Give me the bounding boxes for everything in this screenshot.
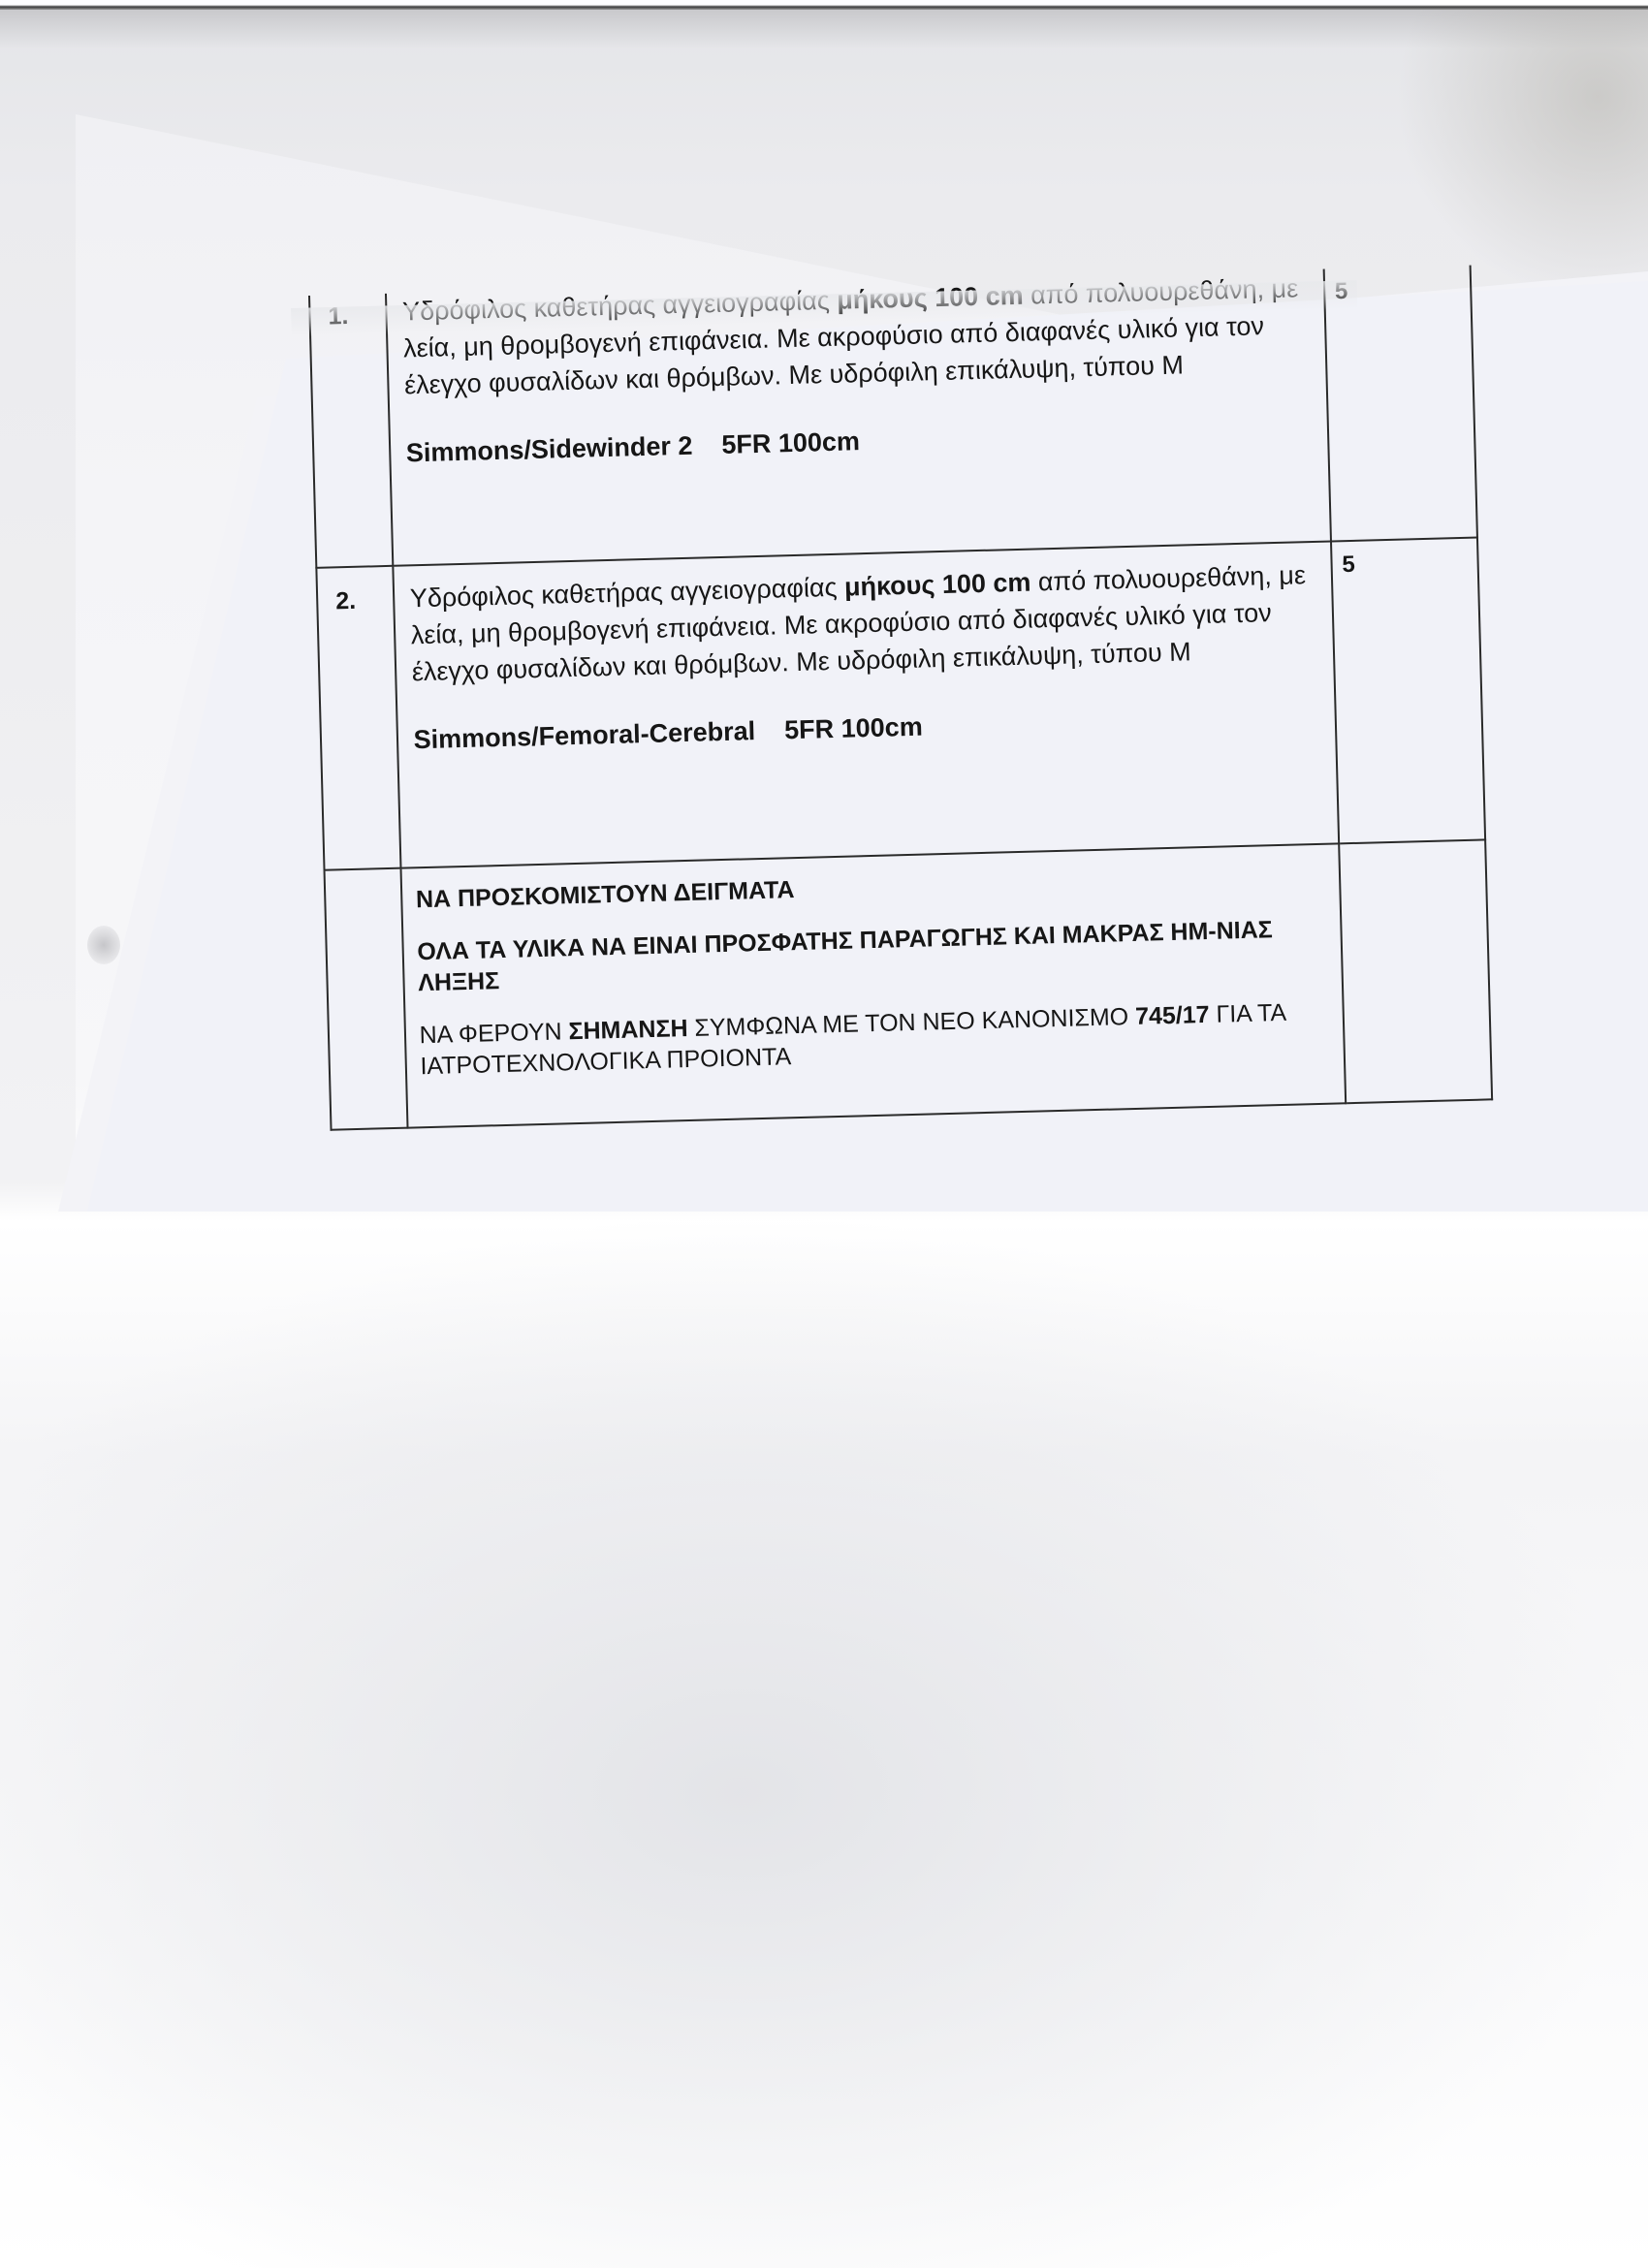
item-number: 2.	[316, 566, 400, 870]
items-table: 1. Υδρόφιλος καθετήρας αγγειογραφίας μήκ…	[308, 266, 1493, 1131]
notes-cell: ΝΑ ΠΡΟΣΚΟΜΙΣΤΟΥΝ ΔΕΙΓΜΑΤΑ ΟΛΑ ΤΑ ΥΛΙΚΑ Ν…	[400, 843, 1346, 1127]
note-labeling-bold: ΣΗΜΑΝΣΗ	[568, 1015, 688, 1045]
item-quantity: 5	[1331, 538, 1485, 844]
scanner-smudge	[1396, 10, 1648, 300]
notes-empty-quantity-cell	[1339, 839, 1492, 1103]
note-samples: ΝΑ ΠΡΟΣΚΟΜΙΣΤΟΥΝ ΔΕΙΓΜΑΤΑ	[416, 861, 1326, 916]
item-description: Υδρόφιλος καθετήρας αγγειογραφίας μήκους…	[402, 269, 1311, 403]
note-labeling-middle: ΣΥΜΦΩΝΑ ΜΕ ΤΟΝ ΝΕΟ ΚΑΝΟΝΙΣΜΟ	[687, 1003, 1135, 1042]
item-description: Υδρόφιλος καθετήρας αγγειογραφίας μήκους…	[409, 556, 1317, 690]
item-quantity: 5	[1323, 266, 1477, 542]
item-description-cell: Υδρόφιλος καθετήρας αγγειογραφίας μήκους…	[386, 269, 1331, 566]
table-row: 2. Υδρόφιλος καθετήρας αγγειογραφίας μήκ…	[316, 538, 1485, 870]
table-row: 1. Υδρόφιλος καθετήρας αγγειογραφίας μήκ…	[309, 266, 1477, 568]
description-length-bold: μήκους 100 cm	[837, 281, 1024, 315]
note-labeling: ΝΑ ΦΕΡΟΥΝ ΣΗΜΑΝΣΗ ΣΥΜΦΩΝΑ ΜΕ ΤΟΝ ΝΕΟ ΚΑΝ…	[419, 996, 1329, 1083]
scanner-lid-edge	[0, 0, 1648, 10]
paper-dent	[87, 926, 120, 964]
item-product: Simmons/Sidewinder 2 5FR 100cm	[405, 411, 1312, 471]
item-description-cell: Υδρόφιλος καθετήρας αγγειογραφίας μήκους…	[393, 541, 1339, 867]
description-text: Υδρόφιλος καθετήρας αγγειογραφίας	[402, 286, 838, 327]
note-freshness: ΟΛΑ ΤΑ ΥΛΙΚΑ ΝΑ ΕΙΝΑΙ ΠΡΟΣΦΑΤΗΣ ΠΑΡΑΓΩΓΗ…	[417, 913, 1327, 999]
document-table-wrapper: 1. Υδρόφιλος καθετήρας αγγειογραφίας μήκ…	[308, 266, 1493, 1131]
note-labeling-prefix: ΝΑ ΦΕΡΟΥΝ	[419, 1018, 569, 1049]
item-product: Simmons/Femoral-Cerebral 5FR 100cm	[413, 698, 1319, 758]
notes-empty-number-cell	[325, 868, 408, 1130]
description-length-bold: μήκους 100 cm	[844, 568, 1031, 602]
item-number: 1.	[309, 294, 393, 568]
scanner-lower-shadow	[0, 1212, 1648, 2268]
notes-row: ΝΑ ΠΡΟΣΚΟΜΙΣΤΟΥΝ ΔΕΙΓΜΑΤΑ ΟΛΑ ΤΑ ΥΛΙΚΑ Ν…	[325, 839, 1493, 1129]
description-text: Υδρόφιλος καθετήρας αγγειογραφίας	[409, 573, 844, 614]
note-regulation-number: 745/17	[1135, 1001, 1210, 1030]
